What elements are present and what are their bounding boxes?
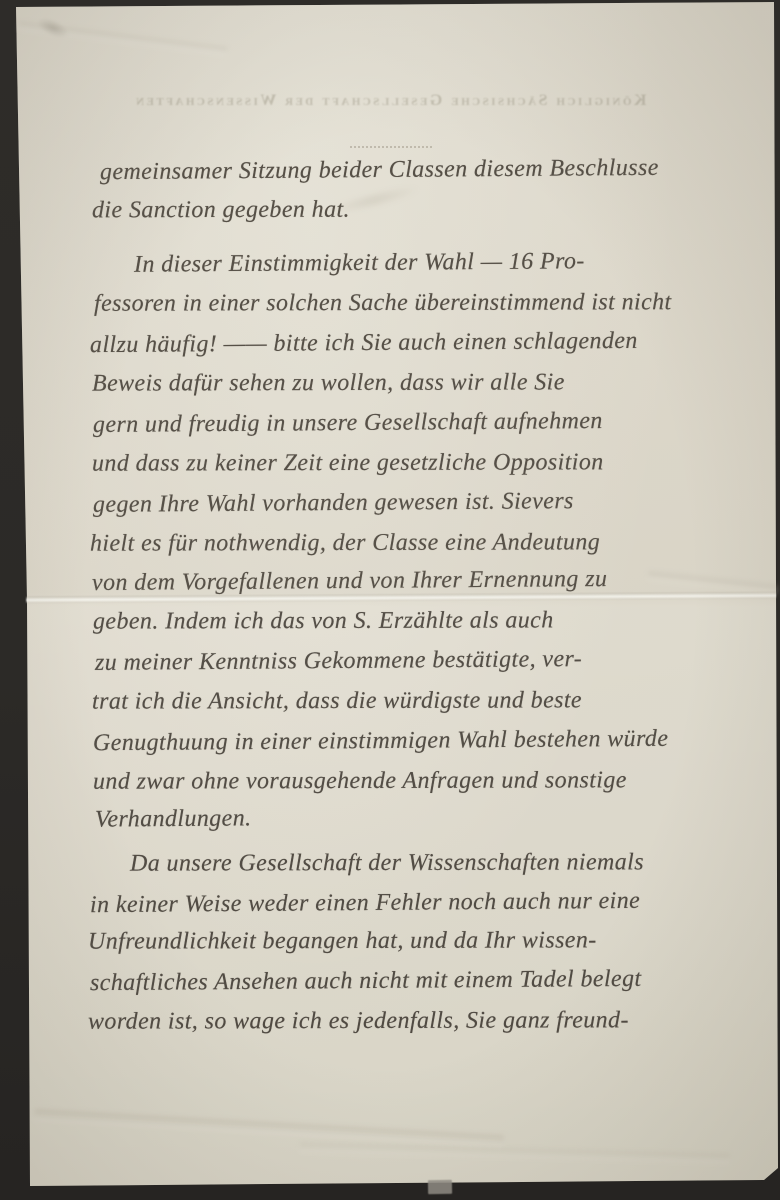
handwriting-line: In dieser Einstimmigkeit der Wahl — 16 P…	[134, 248, 585, 279]
handwriting-line: zu meiner Kenntniss Gekommene bestätigte…	[95, 646, 582, 677]
handwriting-line: trat ich die Ansicht, dass die würdigste…	[92, 687, 582, 715]
handwriting-line: Genugthuung in einer einstimmigen Wahl b…	[93, 726, 669, 758]
handwriting-line: schaftliches Ansehen auch nicht mit eine…	[90, 966, 642, 997]
tape-remnant	[428, 1180, 452, 1194]
handwriting-line: und zwar ohne vorausgehende Anfragen und…	[93, 767, 627, 795]
handwriting-line: Da unsere Gesellschaft der Wissenschafte…	[130, 849, 644, 877]
handwriting-line: worden ist, so wage ich es jedenfalls, S…	[88, 1007, 629, 1035]
handwriting-line: und dass zu keiner Zeit eine gesetzliche…	[92, 449, 604, 477]
handwriting-line: in keiner Weise weder einen Fehler noch …	[90, 888, 640, 919]
handwriting-line: Verhandlungen.	[95, 805, 252, 833]
handwriting-line: die Sanction gegeben hat.	[92, 197, 350, 225]
handwriting-line: hielt es für nothwendig, der Classe eine…	[90, 529, 600, 557]
handwriting-line: allzu häufig! —— bitte ich Sie auch eine…	[90, 328, 638, 359]
handwriting-line: geben. Indem ich das von S. Erzählte als…	[93, 607, 554, 635]
handwriting-line: von dem Vorgefallenen und von Ihrer Erne…	[92, 566, 608, 597]
handwriting-line: Beweis dafür sehen zu wollen, dass wir a…	[92, 369, 565, 397]
handwriting-line: gern und freudig in unsere Gesellschaft …	[93, 408, 603, 439]
handwriting-line: gegen Ihre Wahl vorhanden gewesen ist. S…	[93, 488, 574, 519]
handwriting-line: fessoren in einer solchen Sache übereins…	[94, 289, 672, 318]
scan-background: Königlich Sächsische Gesellschaft der Wi…	[0, 0, 780, 1200]
handwriting-layer: gemeinsamer Sitzung beider Classen diese…	[0, 0, 780, 1200]
handwriting-line: gemeinsamer Sitzung beider Classen diese…	[100, 155, 659, 186]
handwriting-line: Unfreundlichkeit begangen hat, und da Ih…	[88, 927, 597, 955]
